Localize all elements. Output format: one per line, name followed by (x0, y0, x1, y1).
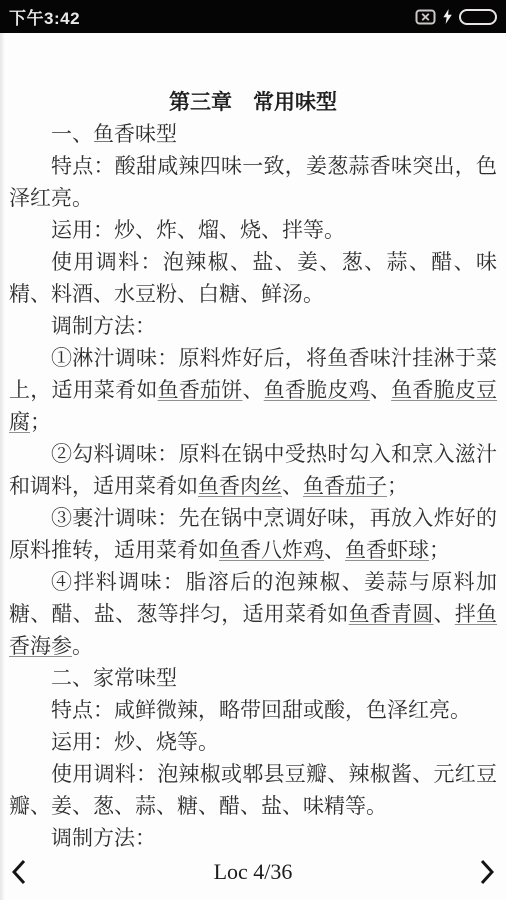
status-icons (415, 9, 497, 25)
chevron-left-icon[interactable] (0, 859, 38, 885)
sim-error-icon (415, 9, 436, 25)
paragraph: ④拌料调味：脂溶后的泡辣椒、姜蒜与原料加糖、醋、盐、葱等拌匀，适用菜肴如鱼香青圆… (9, 567, 497, 663)
paragraph: 使用调料：泡辣椒、盐、姜、葱、蒜、醋、味精、料酒、水豆粉、白糖、鲜汤。 (9, 247, 497, 311)
chevron-right-icon[interactable] (468, 859, 506, 885)
footer-nav: Loc 4/36 (0, 844, 506, 900)
paragraph: 运用：炒、炸、熘、烧、拌等。 (9, 215, 497, 247)
paragraph: ①淋汁调味：原料炸好后，将鱼香味汁挂淋于菜上，适用菜肴如鱼香茄饼、鱼香脆皮鸡、鱼… (9, 343, 497, 439)
paragraph: 运用：炒、烧等。 (9, 727, 497, 759)
paragraph: 调制方法： (9, 311, 497, 343)
ebook-reader-screen: 下午3:42 第三章 常用味型 一、鱼香味型特点：酸甜咸辣四味一致，姜葱蒜香味突… (0, 0, 506, 900)
reading-area: 第三章 常用味型 一、鱼香味型特点：酸甜咸辣四味一致，姜葱蒜香味突出，色泽红亮。… (0, 87, 506, 855)
paragraph: 二、家常味型 (9, 663, 497, 695)
chapter-body: 一、鱼香味型特点：酸甜咸辣四味一致，姜葱蒜香味突出，色泽红亮。运用：炒、炸、熘、… (9, 119, 497, 855)
location-indicator: Loc 4/36 (38, 859, 468, 885)
paragraph: 一、鱼香味型 (9, 119, 497, 151)
battery-icon (459, 9, 497, 25)
paragraph: ②勾料调味：原料在锅中受热时勾入和烹入滋汁和调料，适用菜肴如鱼香肉丝、鱼香茄子； (9, 439, 497, 503)
paragraph: 特点：酸甜咸辣四味一致，姜葱蒜香味突出，色泽红亮。 (9, 151, 497, 215)
app-bar (0, 33, 506, 87)
clock: 下午3:42 (9, 4, 80, 29)
charging-icon (443, 9, 452, 24)
status-bar: 下午3:42 (0, 0, 506, 33)
paragraph: 使用调料：泡辣椒或郫县豆瓣、辣椒酱、元红豆瓣、姜、葱、蒜、糖、醋、盐、味精等。 (9, 759, 497, 823)
paragraph: 特点：咸鲜微辣，略带回甜或酸，色泽红亮。 (9, 695, 497, 727)
paragraph: ③裹汁调味：先在锅中烹调好味，再放入炸好的原料推转，适用菜肴如鱼香八炸鸡、鱼香虾… (9, 503, 497, 567)
chapter-title: 第三章 常用味型 (9, 87, 497, 119)
